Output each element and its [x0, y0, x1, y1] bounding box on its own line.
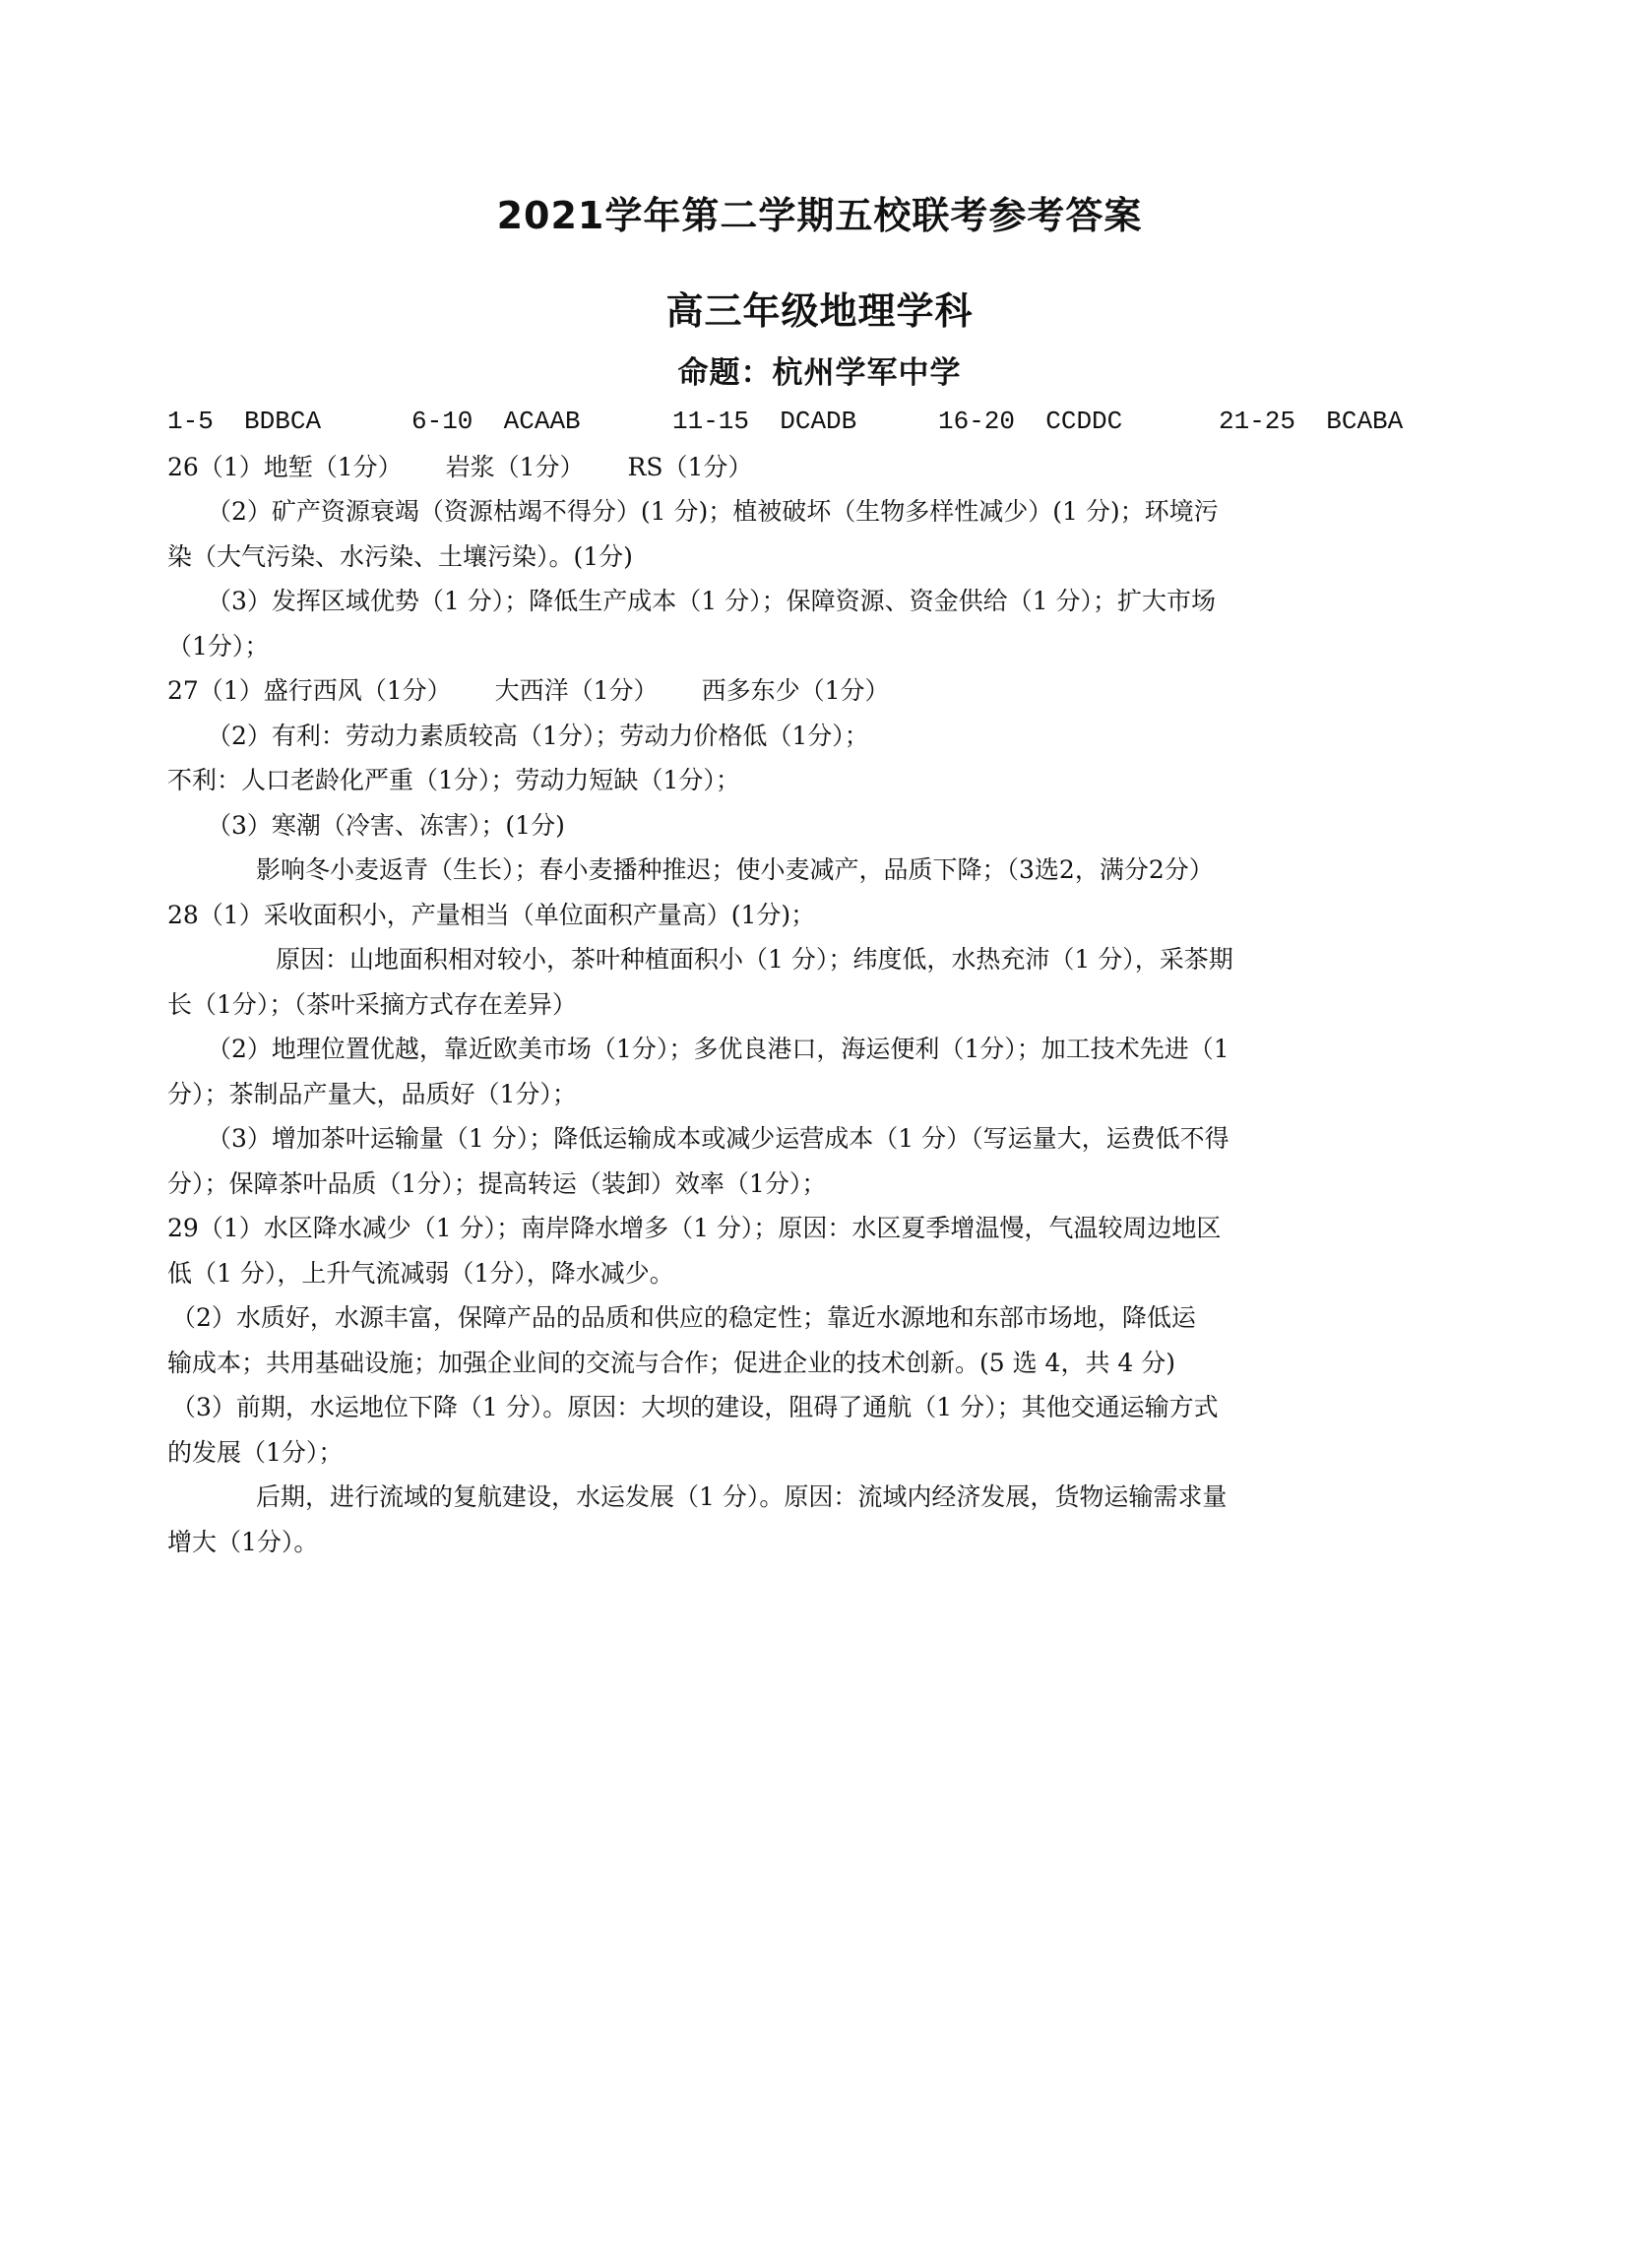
answer-body: 1-5 BDBCA 6-10 ACAAB 11-15 DCADB 16-20 C…	[167, 400, 1477, 1564]
mc-answers: ACAAB	[504, 407, 581, 436]
answer-item: 大西洋（1分）	[495, 676, 659, 705]
author-line: 命题：杭州学军中学	[0, 347, 1639, 392]
answer-item: 西多东少（1分）	[702, 676, 890, 705]
mc-answers: DCADB	[780, 407, 856, 436]
q29-part3-line3: 后期，进行流域的复航建设，水运发展（1 分）。原因：流域内经济发展，货物运输需求…	[167, 1475, 1477, 1520]
question-label: 27（1）	[167, 676, 264, 705]
mc-answers: BCABA	[1326, 407, 1403, 436]
q26-part1: 26（1）地堑（1分）岩浆（1分）RS（1分）	[167, 445, 1477, 490]
q27-part2-line1: （2）有利：劳动力素质较高（1分）；劳动力价格低（1分）；	[167, 714, 1477, 759]
answer-item: 岩浆（1分）	[446, 453, 585, 481]
q29-part1-line1: 29（1）水区降水减少（1 分）；南岸降水增多（1 分）；原因：水区夏季增温慢，…	[167, 1206, 1477, 1251]
q29-part2-line1: （2）水质好，水源丰富，保障产品的品质和供应的稳定性；靠近水源地和东部市场地，降…	[167, 1295, 1477, 1341]
q26-part3-line2: （1分）；	[167, 624, 1477, 669]
document-title: 2021学年第二学期五校联考参考答案	[0, 185, 1639, 239]
q26-part3-line1: （3）发挥区域优势（1 分）；降低生产成本（1 分）；保障资源、资金供给（1 分…	[167, 579, 1477, 624]
q27-part3-line1: （3）寒潮（冷害、冻害）；(1分)	[167, 803, 1477, 849]
q26-part2-line2: 染（大气污染、水污染、土壤污染）。(1分)	[167, 535, 1477, 580]
q27-part3-line2: 影响冬小麦返青（生长）；春小麦播种推迟；使小麦减产，品质下降；（3选2，满分2分…	[167, 848, 1477, 893]
mc-range: 11-15	[672, 407, 749, 436]
q29-part2-line2: 输成本；共用基础设施；加强企业间的交流与合作；促进企业的技术创新。(5 选 4，…	[167, 1341, 1477, 1386]
mc-group: 21-25 BCABA	[1219, 400, 1403, 445]
mc-answers: BDBCA	[244, 407, 321, 436]
q29-part3-line4: 增大（1分）。	[167, 1520, 1477, 1565]
mc-group: 11-15 DCADB	[672, 400, 938, 445]
q28-part1-line3: 长（1分）；（茶叶采摘方式存在差异）	[167, 982, 1477, 1028]
document-subtitle: 高三年级地理学科	[0, 281, 1639, 335]
mc-group: 1-5 BDBCA	[167, 400, 411, 445]
mc-range: 6-10	[411, 407, 473, 436]
multiple-choice-answers: 1-5 BDBCA 6-10 ACAAB 11-15 DCADB 16-20 C…	[167, 400, 1477, 445]
q28-part3-line2: 分）；保障茶叶品质（1分）；提高转运（装卸）效率（1分）；	[167, 1162, 1477, 1207]
q28-part1-line2: 原因：山地面积相对较小，茶叶种植面积小（1 分）；纬度低，水热充沛（1 分），采…	[167, 937, 1477, 982]
q28-part3-line1: （3）增加茶叶运输量（1 分）；降低运输成本或减少运营成本（1 分）（写运量大，…	[167, 1116, 1477, 1162]
mc-range: 16-20	[938, 407, 1015, 436]
mc-group: 6-10 ACAAB	[411, 400, 672, 445]
mc-range: 1-5	[167, 407, 214, 436]
q27-part2-line2: 不利：人口老龄化严重（1分）；劳动力短缺（1分）；	[167, 758, 1477, 803]
answer-item: 盛行西风（1分）	[264, 676, 452, 705]
question-label: 26（1）	[167, 453, 264, 481]
answer-item: 地堑（1分）	[264, 453, 403, 481]
mc-answers: CCDDC	[1045, 407, 1122, 436]
q29-part3-line2: 的发展（1分）；	[167, 1430, 1477, 1476]
answer-key-page: 2021学年第二学期五校联考参考答案 高三年级地理学科 命题：杭州学军中学 1-…	[0, 0, 1639, 2268]
q27-part1: 27（1）盛行西风（1分）大西洋（1分）西多东少（1分）	[167, 668, 1477, 714]
q29-part1-line2: 低（1 分），上升气流减弱（1分），降水减少。	[167, 1251, 1477, 1296]
q26-part2-line1: （2）矿产资源衰竭（资源枯竭不得分）(1 分)；植被破坏（生物多样性减少）(1 …	[167, 489, 1477, 535]
mc-group: 16-20 CCDDC	[938, 400, 1219, 445]
q28-part1-line1: 28（1）采收面积小，产量相当（单位面积产量高）(1分)；	[167, 893, 1477, 938]
q28-part2-line2: 分）；茶制品产量大，品质好（1分）；	[167, 1072, 1477, 1117]
answer-item: RS（1分）	[628, 453, 753, 481]
q28-part2-line1: （2）地理位置优越，靠近欧美市场（1分）；多优良港口，海运便利（1分）；加工技术…	[167, 1027, 1477, 1072]
mc-range: 21-25	[1219, 407, 1295, 436]
q29-part3-line1: （3）前期，水运地位下降（1 分）。原因：大坝的建设，阻碍了通航（1 分）；其他…	[167, 1385, 1477, 1430]
